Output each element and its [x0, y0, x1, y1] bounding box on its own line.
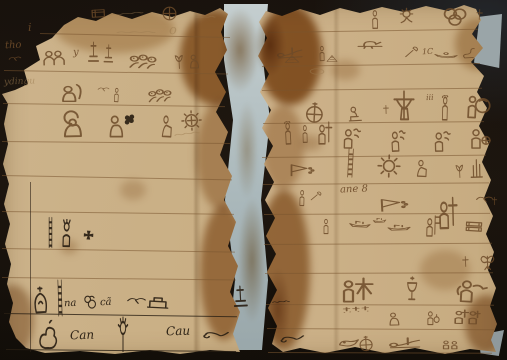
handwriting-note: i — [28, 22, 32, 33]
codex-photo: ithoyydinguonacãCanCau1Ciiiane 8 — [0, 0, 507, 360]
stain — [300, 135, 322, 151]
bird-fly-glyph — [8, 54, 23, 65]
stain — [330, 60, 360, 80]
stain — [420, 250, 470, 290]
stain — [258, 5, 322, 105]
stain — [55, 5, 175, 53]
cross-plain-glyph — [490, 196, 499, 206]
stain — [60, 240, 78, 254]
stain — [120, 180, 146, 200]
handwriting-note: tho — [5, 41, 22, 52]
stain — [262, 105, 304, 190]
ruled-line — [268, 352, 492, 354]
